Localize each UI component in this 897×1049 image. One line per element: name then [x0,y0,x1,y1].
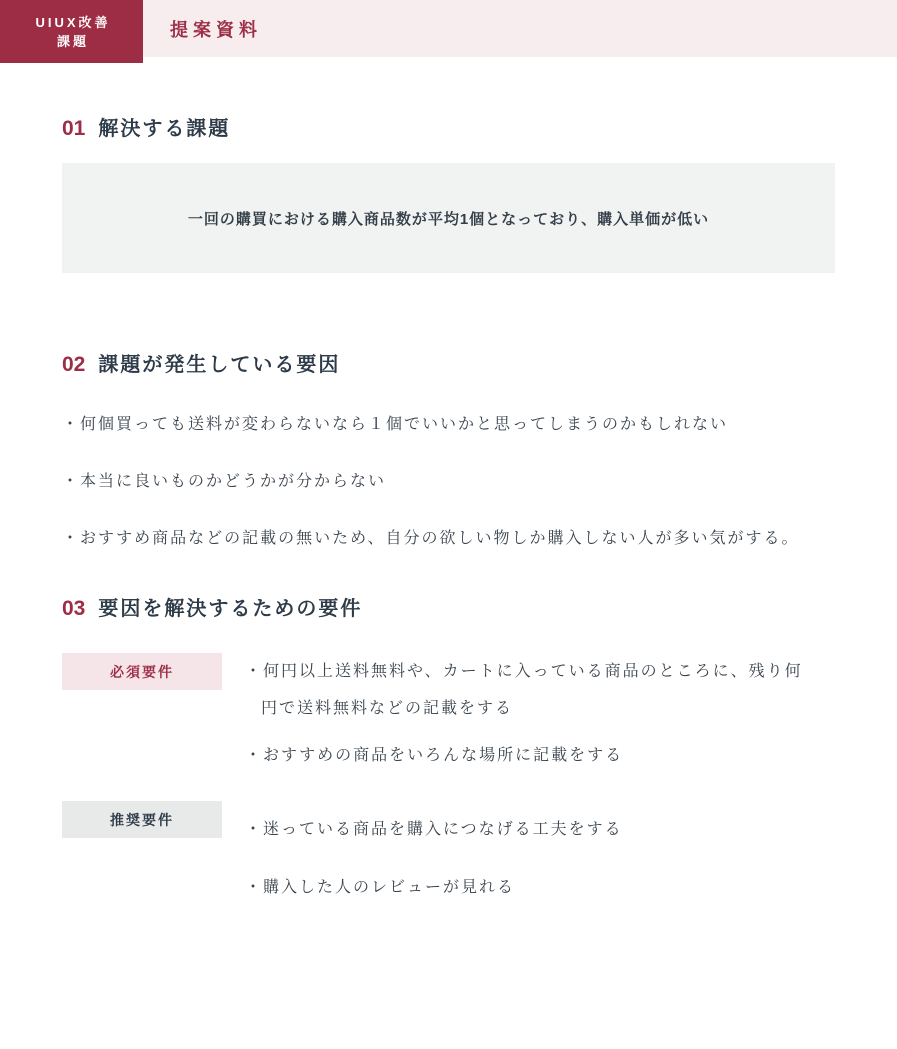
section-problem-title: 解決する課題 [98,115,230,143]
section-problem: 01 解決する課題 一回の購買における購入商品数が平均1個となっており、購入単価… [62,57,835,273]
cause-item: ・おすすめ商品などの記載の無いため、自分の欲しい物しか購入しない人が多い気がする… [62,527,835,551]
section-requirements-heading: 03 要因を解決するための要件 [62,595,835,623]
requirement-group-must: 必須要件 ・何円以上送料無料や、カートに入っている商品のところに、残り何 円で送… [62,623,835,784]
section-causes-title: 課題が発生している要因 [98,351,340,379]
recommended-requirement-item: ・迷っている商品を購入につなげる工夫をする [245,811,835,848]
section-problem-heading: 01 解決する課題 [62,115,835,143]
section-causes-number: 02 [62,351,85,379]
recommended-requirements-label: 推奨要件 [62,801,222,838]
recommended-requirements-list: ・迷っている商品を購入につなげる工夫をする ・購入した人のレビューが見れる [245,801,835,927]
slide-page: UIUX改善 課題 提案資料 01 解決する課題 一回の購買における購入商品数が… [0,0,897,1049]
must-requirements-label: 必須要件 [62,653,222,690]
section-causes: 02 課題が発生している要因 ・何個買っても送料が変わらないなら１個でいいかと思… [62,273,835,551]
recommended-requirement-item: ・購入した人のレビューが見れる [245,869,835,906]
must-requirements-list: ・何円以上送料無料や、カートに入っている商品のところに、残り何 円で送料無料など… [245,653,835,784]
problem-highlight-box: 一回の購買における購入商品数が平均1個となっており、購入単価が低い [62,163,835,273]
slide-content: 01 解決する課題 一回の購買における購入商品数が平均1個となっており、購入単価… [0,57,897,927]
section-problem-number: 01 [62,115,85,143]
requirement-group-recommended: 推奨要件 ・迷っている商品を購入につなげる工夫をする ・購入した人のレビューが見… [62,784,835,927]
cause-item: ・本当に良いものかどうかが分からない [62,470,835,494]
section-requirements-title: 要因を解決するための要件 [98,595,362,623]
must-requirement-item: ・おすすめの商品をいろんな場所に記載をする [245,737,835,774]
project-badge-line1: UIUX改善 [32,13,110,32]
project-badge: UIUX改善 課題 [0,0,143,63]
problem-highlight-text: 一回の購買における購入商品数が平均1個となっており、購入単価が低い [188,208,709,229]
must-requirement-item: ・何円以上送料無料や、カートに入っている商品のところに、残り何 円で送料無料など… [245,653,835,727]
section-causes-heading: 02 課題が発生している要因 [62,351,835,379]
section-requirements-number: 03 [62,595,85,623]
project-badge-line2: 課題 [54,32,89,51]
document-title: 提案資料 [170,0,262,57]
cause-item: ・何個買っても送料が変わらないなら１個でいいかと思ってしまうのかもしれない [62,413,835,437]
header-bar: UIUX改善 課題 提案資料 [0,0,897,57]
section-requirements: 03 要因を解決するための要件 必須要件 ・何円以上送料無料や、カートに入ってい… [62,551,835,927]
causes-list: ・何個買っても送料が変わらないなら１個でいいかと思ってしまうのかもしれない ・本… [62,379,835,551]
